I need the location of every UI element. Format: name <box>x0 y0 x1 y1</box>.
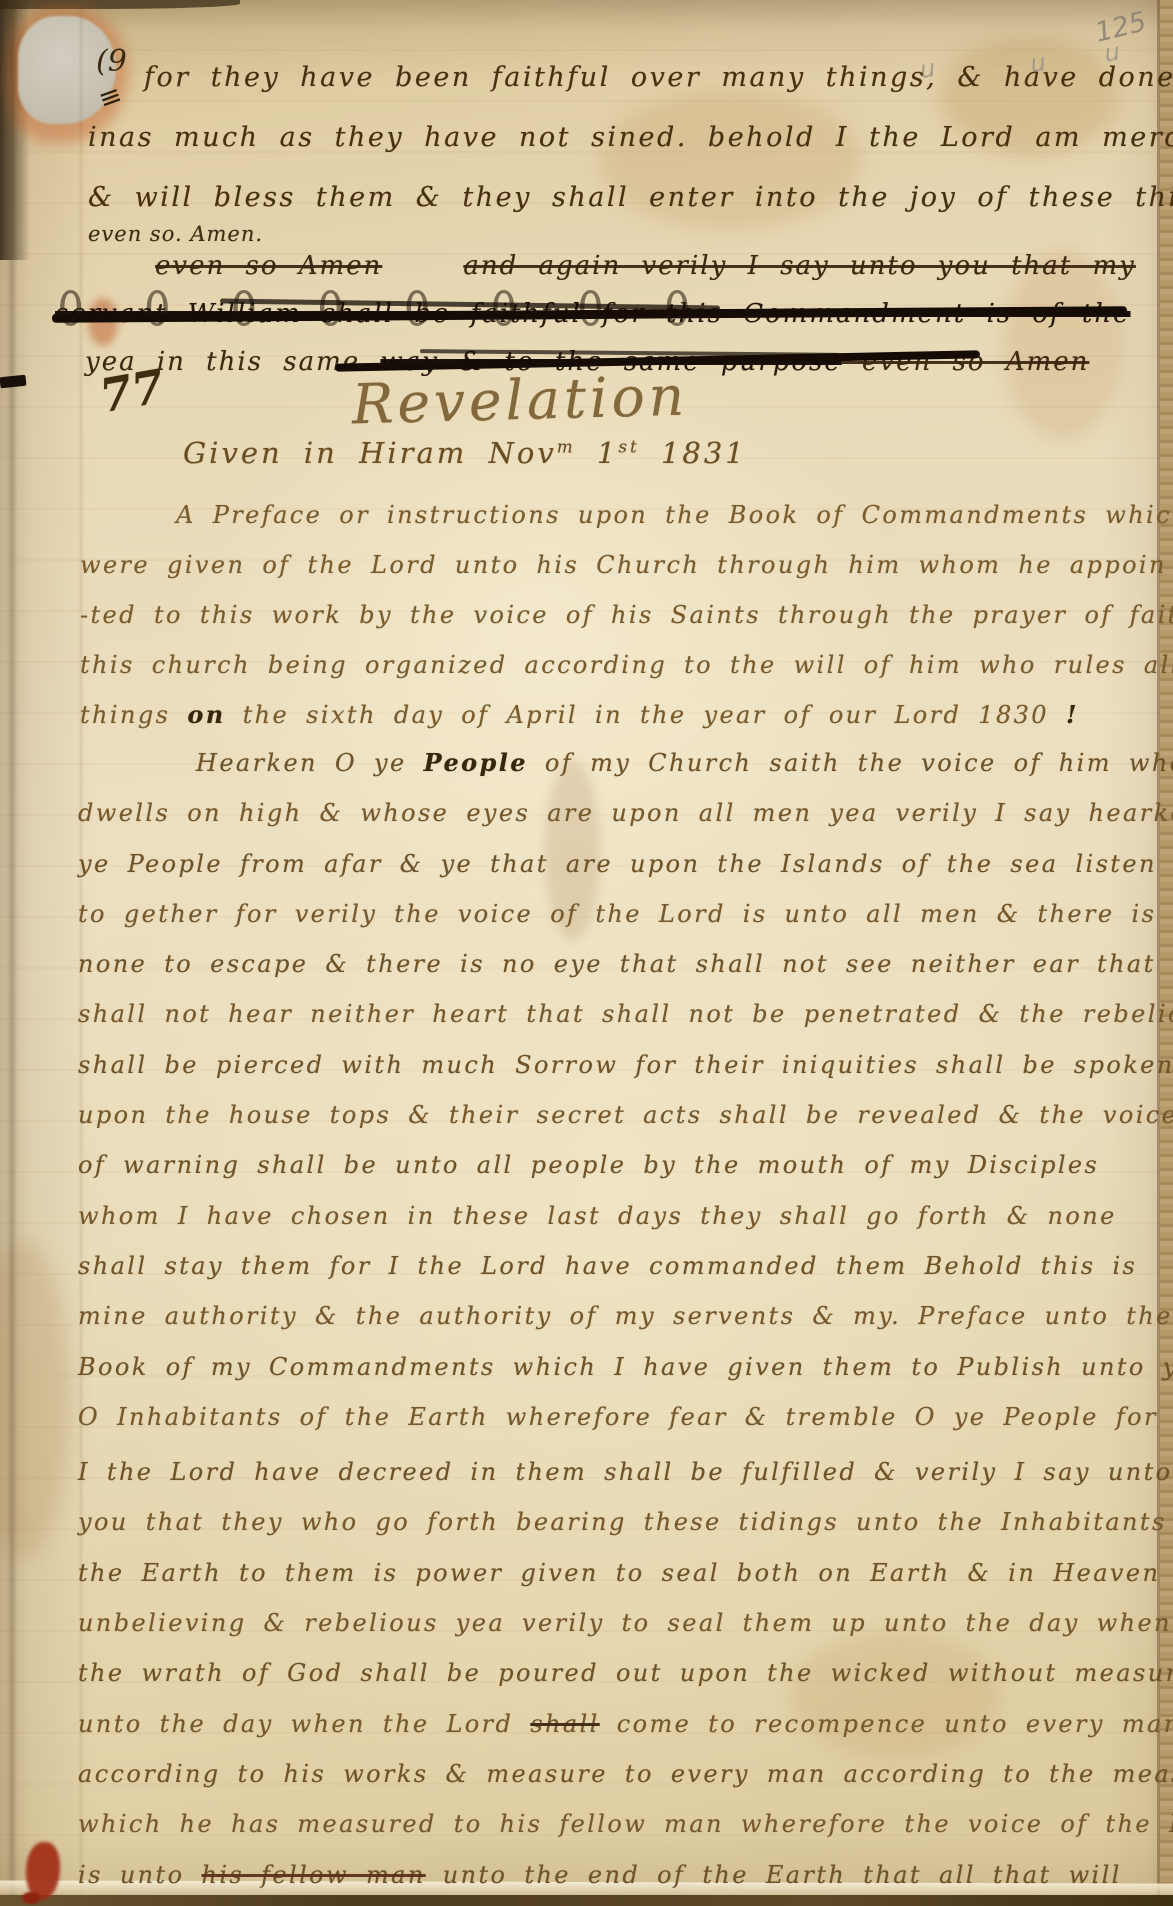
text-segment: Given in Hiram Nov <box>183 436 557 470</box>
text-segment: 1 <box>576 436 619 470</box>
text-segment: for they have been faithful over many th… <box>144 62 1173 93</box>
text-segment: shall <box>530 1710 599 1738</box>
manuscript-line: is unto his fellow man unto the end of t… <box>78 1850 1153 1900</box>
manuscript-line: to gether for verily the voice of the Lo… <box>78 889 1153 939</box>
manuscript-line: which he has measured to his fellow man … <box>78 1799 1153 1849</box>
manuscript-line: the Earth to them is power given to seal… <box>78 1548 1153 1598</box>
manuscript-line: none to escape & there is no eye that sh… <box>78 939 1153 989</box>
text-segment: unto the end of the Earth that all that … <box>426 1861 1122 1889</box>
manuscript-line: you that they who go forth bearing these… <box>78 1497 1153 1547</box>
manuscript-line: according to his works & measure to ever… <box>78 1749 1153 1799</box>
text-segment: shall stay them for I the Lord have comm… <box>78 1252 1137 1280</box>
manuscript-line: upon the house tops & their secret acts … <box>78 1090 1153 1140</box>
text-segment: to gether for verily the voice of the Lo… <box>78 900 1156 928</box>
text-segment: O Inhabitants of the Earth wherefore fea… <box>78 1403 1173 1431</box>
text-segment: the wrath of God shall be poured out upo… <box>78 1659 1173 1687</box>
manuscript-line: of warning shall be unto all people by t… <box>78 1140 1153 1190</box>
manuscript-line: this church being organized according to… <box>80 640 1153 690</box>
text-segment: A Preface or instructions upon the Book … <box>176 501 1173 529</box>
text-segment: unbelieving & rebelious yea verily to se… <box>78 1609 1172 1637</box>
text-segment: shall be pierced with much Sorrow for th… <box>78 1051 1173 1079</box>
text-segment: unto the day when the Lord <box>78 1710 530 1738</box>
margin-revelation-number: 77 <box>96 359 168 423</box>
manuscript-line: ye People from afar & ye that are upon t… <box>78 839 1153 889</box>
manuscript-line: shall not hear neither heart that shall … <box>78 989 1153 1039</box>
manuscript-line: mine authority & the authority of my ser… <box>78 1291 1153 1341</box>
manuscript-line: Given in Hiram Novm 1st 1831 <box>183 436 747 470</box>
manuscript-line: & will bless them & they shall enter int… <box>88 168 1153 228</box>
manuscript-line: shall stay them for I the Lord have comm… <box>78 1241 1153 1291</box>
opening-paragraph: for they have been faithful over many th… <box>88 48 1153 228</box>
text-segment: inas much as they have not sined. behold… <box>88 122 1173 153</box>
dateline: Given in Hiram Novm 1st 1831 <box>183 436 747 470</box>
text-segment: 1831 <box>640 436 747 470</box>
gutter-crease <box>10 0 14 1906</box>
text-segment: were given of the Lord unto his Church t… <box>80 551 1167 579</box>
text-segment: ye People from afar & ye that are upon t… <box>78 850 1157 878</box>
text-segment: his fellow man <box>201 1861 425 1889</box>
preface-paragraph: A Preface or instructions upon the Book … <box>80 490 1153 740</box>
manuscript-line: Book of my Commandments which I have giv… <box>78 1342 1153 1392</box>
text-segment: this church being organized according to… <box>80 651 1173 679</box>
manuscript-line: Hearken O ye People of my Church saith t… <box>78 738 1153 788</box>
text-segment: I the Lord have decreed in them shall be… <box>78 1458 1173 1486</box>
text-segment: of my Church saith the voice of him who <box>528 749 1173 777</box>
text-segment: upon the house tops & their secret acts … <box>78 1101 1173 1129</box>
manuscript-line: for they have been faithful over many th… <box>88 48 1153 108</box>
text-segment: mine authority & the authority of my ser… <box>78 1302 1173 1330</box>
manuscript-line: I the Lord have decreed in them shall be… <box>78 1442 1153 1497</box>
text-segment: whom I have chosen in these last days th… <box>78 1202 1117 1230</box>
manuscript-line: A Preface or instructions upon the Book … <box>80 490 1153 540</box>
manuscript-line: inas much as they have not sined. behold… <box>88 108 1153 168</box>
text-segment: of warning shall be unto all people by t… <box>78 1151 1099 1179</box>
text-segment: ! <box>1066 700 1079 729</box>
text-segment: shall not hear neither heart that shall … <box>78 1000 1173 1028</box>
manuscript-line: -ted to this work by the voice of his Sa… <box>80 590 1153 640</box>
text-segment: none to escape & there is no eye that sh… <box>78 950 1156 978</box>
manuscript-line: the wrath of God shall be poured out upo… <box>78 1648 1153 1698</box>
text-segment: the Earth to them is power given to seal… <box>78 1559 1173 1587</box>
manuscript-line: whom I have chosen in these last days th… <box>78 1191 1153 1241</box>
manuscript-line: were given of the Lord unto his Church t… <box>80 540 1153 590</box>
text-segment: according to his works & measure to ever… <box>78 1760 1173 1788</box>
text-segment: the sixth day of April in the year of ou… <box>226 701 1066 729</box>
text-segment: on <box>187 700 225 729</box>
manuscript-page: 125 u u u (9 ≡ for they have been faithf… <box>0 0 1173 1906</box>
manuscript-line: things on the sixth day of April in the … <box>80 690 1153 740</box>
text-segment: -ted to this work by the voice of his Sa… <box>80 601 1173 629</box>
manuscript-line: dwells on high & whose eyes are upon all… <box>78 788 1153 838</box>
text-segment: you that they who go forth bearing these… <box>78 1508 1173 1536</box>
text-segment: People <box>424 748 528 777</box>
text-segment: st <box>618 436 639 456</box>
text-segment: which he has measured to his fellow man … <box>78 1810 1173 1838</box>
text-segment: is unto <box>78 1861 201 1889</box>
manuscript-line: unbelieving & rebelious yea verily to se… <box>78 1598 1153 1648</box>
text-segment: dwells on high & whose eyes are upon all… <box>78 799 1173 827</box>
text-segment: Hearken O ye <box>196 749 424 777</box>
revelation-body-paragraph: Hearken O ye People of my Church saith t… <box>78 738 1153 1900</box>
red-wax-stain <box>22 1892 40 1904</box>
text-segment: m <box>557 436 576 456</box>
text-segment: come to recompence unto every man <box>600 1710 1173 1738</box>
manuscript-line: O Inhabitants of the Earth wherefore fea… <box>78 1392 1153 1442</box>
text-segment: Book of my Commandments which I have giv… <box>78 1353 1173 1381</box>
text-segment: & will bless them & they shall enter int… <box>88 182 1173 213</box>
manuscript-line: shall be pierced with much Sorrow for th… <box>78 1040 1153 1090</box>
text-segment: things <box>80 701 187 729</box>
manuscript-line: unto the day when the Lord shall come to… <box>78 1699 1153 1749</box>
